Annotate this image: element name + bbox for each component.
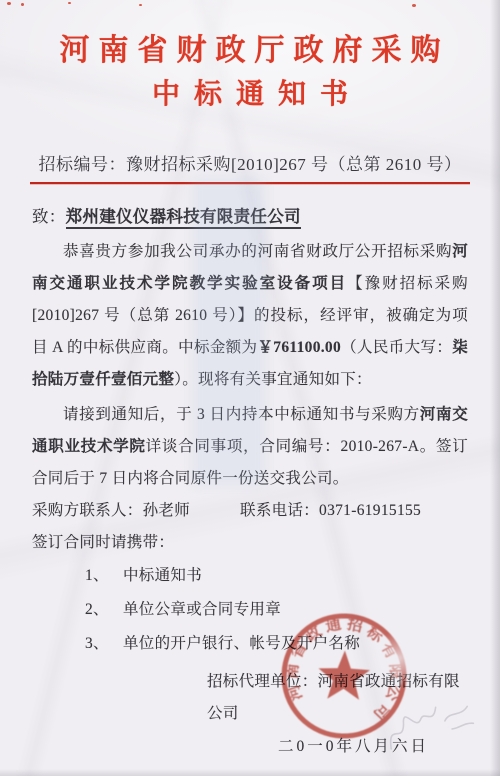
document-page: 河南省财政厅政府采购 中标通知书 招标编号：豫财招标采购[2010]267 号（… [0, 0, 500, 776]
recipient-label: 致： [32, 207, 66, 226]
bring-title-line: 签订合同时请携带： [32, 527, 468, 559]
seal-fade-patch [372, 630, 428, 686]
doc-title-line1: 河南省财政厅政府采购 [0, 0, 500, 67]
p1-run-amount: ￥761100.00 [257, 339, 341, 356]
contact-person-label: 采购方联系人： [32, 502, 143, 519]
red-speck [68, 2, 71, 4]
red-speck [139, 4, 142, 6]
list-item-text: 单位公章或合同专用章 [123, 601, 281, 618]
contact-phone-label: 联系电话： [240, 502, 319, 519]
contact-phone: 0371-61915155 [319, 502, 421, 519]
red-speck [21, 3, 24, 6]
contact-line: 采购方联系人：孙老师联系电话：0371-61915155 [32, 495, 468, 527]
list-item-number: 1、 [85, 559, 123, 593]
scan-edge-shadow-right [490, 0, 500, 776]
bid-number-line: 招标编号：豫财招标采购[2010]267 号（总第 2610 号） [0, 150, 500, 175]
list-item-number: 2、 [85, 593, 123, 627]
red-speck [412, 4, 416, 7]
doc-title-line2: 中标通知书 [0, 80, 500, 111]
red-speck [7, 2, 11, 5]
list-item: 1、中标通知书 [85, 559, 468, 593]
contact-person: 孙老师 [143, 502, 190, 519]
pencil-dot [213, 685, 217, 688]
list-item-number: 3、 [85, 627, 123, 661]
p1-run: （人民币大写： [341, 339, 452, 356]
scan-edge-shadow-bottom [0, 769, 500, 776]
seal-star [318, 650, 371, 701]
list-item-text: 中标通知书 [123, 567, 202, 584]
scanner-light-band [192, 178, 266, 486]
